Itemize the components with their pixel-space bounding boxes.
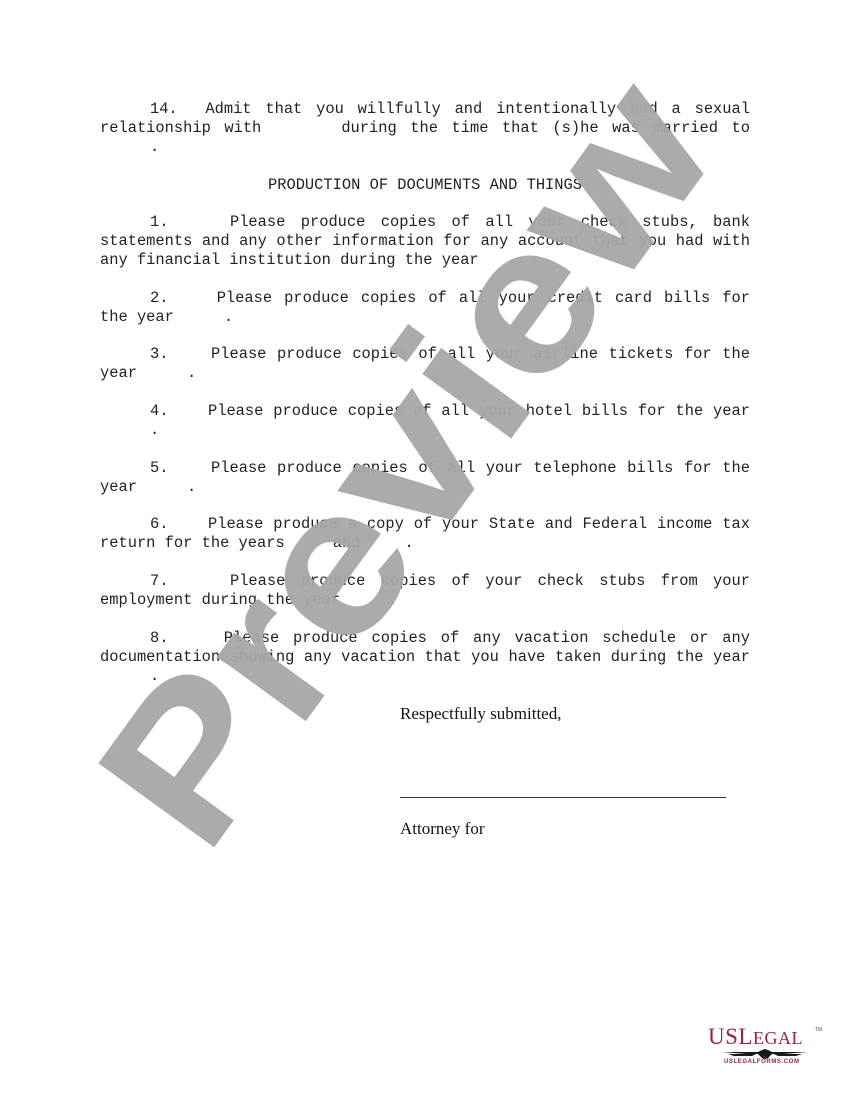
request-text: Please produce copies of all your teleph… bbox=[100, 459, 750, 496]
logo-l: L bbox=[738, 1024, 753, 1049]
period: . bbox=[150, 138, 159, 156]
request-2: 2. Please produce copies of all your cre… bbox=[100, 289, 750, 327]
interrogatory-line3: married to bbox=[653, 119, 750, 137]
logo-egal: EGAL bbox=[753, 1028, 803, 1048]
period: . bbox=[531, 251, 540, 269]
request-number: 3. bbox=[150, 345, 168, 363]
interrogatory-number: 14. bbox=[150, 100, 178, 118]
interrogatory-line1: Admit that you willfully and intentional… bbox=[205, 100, 680, 118]
interrogatory-line2b: during the time that (s)he was bbox=[341, 119, 640, 137]
request-number: 6. bbox=[150, 515, 168, 533]
section-heading: PRODUCTION OF DOCUMENTS AND THINGS bbox=[100, 176, 750, 195]
closing-salutation: Respectfully submitted, bbox=[400, 704, 561, 724]
period: . bbox=[187, 478, 196, 496]
request-number: 5. bbox=[150, 459, 168, 477]
request-text: Please produce copies of all your check … bbox=[100, 213, 750, 269]
document-page: 14. Admit that you willfully and intenti… bbox=[0, 0, 850, 1100]
request-5: 5. Please produce copies of all your tel… bbox=[100, 459, 750, 497]
interrogatory-14: 14. Admit that you willfully and intenti… bbox=[100, 100, 750, 157]
request-number: 2. bbox=[150, 289, 168, 307]
request-text: Please produce copies of all your credit… bbox=[100, 289, 750, 326]
request-3: 3. Please produce copies of all your air… bbox=[100, 345, 750, 383]
request-text: Please produce copies of all your airlin… bbox=[100, 345, 750, 382]
request-4: 4. Please produce copies of all your hot… bbox=[100, 402, 750, 440]
request-6: 6. Please produce a copy of your State a… bbox=[100, 515, 750, 553]
request-7: 7. Please produce copies of your check s… bbox=[100, 572, 750, 610]
request-8: 8. Please produce copies of any vacation… bbox=[100, 629, 750, 686]
signature-label: Attorney for bbox=[400, 819, 485, 839]
conjunction: and bbox=[333, 534, 361, 552]
period: . bbox=[388, 591, 397, 609]
request-text: Please produce copies of any vacation sc… bbox=[100, 629, 750, 666]
request-text: Please produce copies of all your hotel … bbox=[208, 402, 750, 420]
logo-url: USLEGALFORMS.COM bbox=[724, 1059, 800, 1065]
period: . bbox=[224, 308, 233, 326]
eagle-icon bbox=[722, 1049, 808, 1059]
logo-us: US bbox=[708, 1024, 738, 1049]
period: . bbox=[404, 534, 413, 552]
request-number: 8. bbox=[150, 629, 168, 647]
request-1: 1. Please produce copies of all your che… bbox=[100, 213, 750, 270]
request-text: Please produce a copy of your State and … bbox=[100, 515, 750, 552]
uslegal-logo: USLEGAL TM USLEGALFORMS.COM bbox=[704, 1024, 824, 1070]
signature-line bbox=[400, 797, 726, 798]
period: . bbox=[187, 364, 196, 382]
logo-wordmark: USLEGAL bbox=[708, 1024, 803, 1051]
request-number: 4. bbox=[150, 402, 168, 420]
request-number: 7. bbox=[150, 572, 168, 590]
period: . bbox=[150, 421, 159, 439]
period: . bbox=[150, 667, 159, 685]
request-text: Please produce copies of your check stub… bbox=[100, 572, 750, 609]
trademark-mark: TM bbox=[815, 1027, 822, 1033]
request-number: 1. bbox=[150, 213, 168, 231]
